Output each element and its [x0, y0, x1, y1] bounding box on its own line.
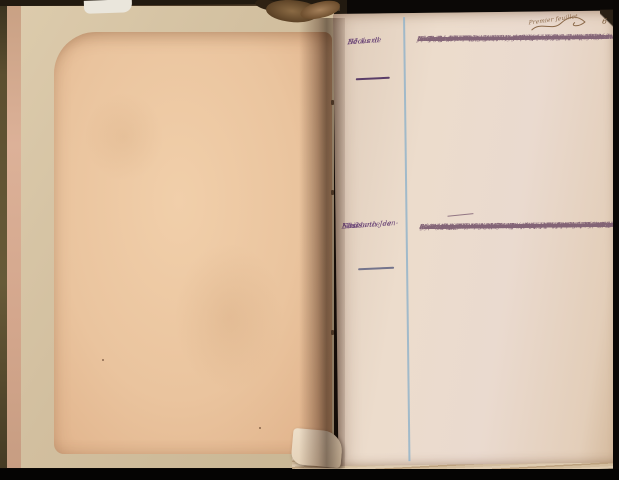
- binding-stitch: [331, 190, 334, 195]
- act-2-birth-record-text: L'an mil huit cent cinquante sept et le …: [420, 221, 618, 223]
- margin-note-underline: [358, 267, 394, 270]
- handwritten-line: Signé : Clément Alexis, Aimé Jean-Baptis…: [419, 221, 608, 233]
- torn-paper-scrap: [84, 0, 132, 14]
- handwritten-line: grottes.: [419, 223, 447, 233]
- cover-cloth-band: [7, 6, 21, 468]
- paper-speck: [259, 427, 261, 429]
- scan-background-bottom: [0, 469, 619, 480]
- left-blank-page: [54, 32, 332, 454]
- blue-margin-rule: [403, 17, 410, 461]
- margin-note-deces-edouard: N° 1Décès deEdouard: [347, 34, 399, 37]
- margin-note-naissance-elisabeth: N° 2Naissance deElisabeth Jean-Louis: [342, 218, 404, 222]
- register-scan: Premier feuillet 6 N° 1Décès deEdouard N…: [0, 0, 619, 480]
- right-page: Premier feuillet 6 N° 1Décès deEdouard N…: [333, 11, 619, 466]
- handwritten-line: Edouard: [347, 35, 380, 48]
- margin-note-underline: [356, 77, 390, 81]
- act-divider-flourish: [447, 213, 473, 217]
- paper-speck: [102, 359, 104, 361]
- binding-stitch: [331, 330, 334, 335]
- act-1-death-record-text: L'an mil huit cent cinquante sept et le …: [417, 33, 615, 35]
- handwritten-line: Louis: [341, 220, 362, 232]
- paper-stain: [174, 242, 284, 392]
- handwritten-line: Signé : Gd Desgrottes.: [417, 34, 505, 45]
- cover-spine-edge: [0, 6, 7, 468]
- curled-page-corner: [291, 428, 344, 468]
- binding-stitch: [331, 100, 334, 105]
- paper-stain: [84, 92, 164, 182]
- scan-background-right: [613, 0, 619, 480]
